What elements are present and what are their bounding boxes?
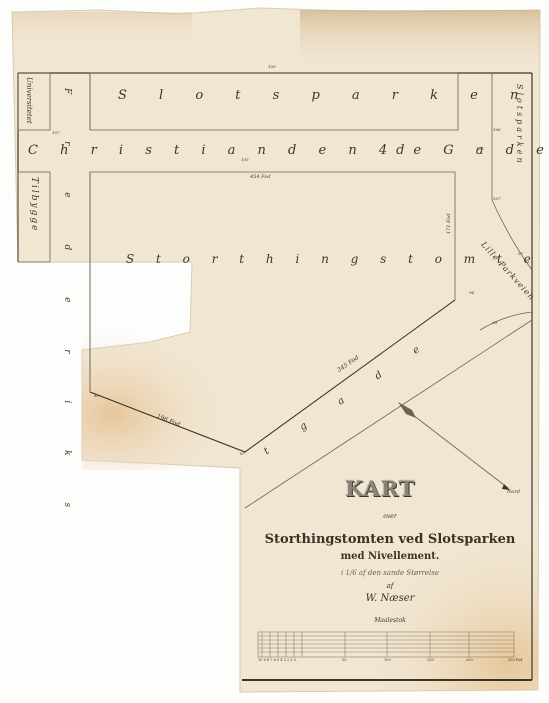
label-christian-den-4de-gade: C h r i s t i a n d e n 4de G a d e [28,143,549,158]
measurement-top-edge: 454 Fod [250,174,271,180]
elevation-mark: 85 [94,393,99,398]
label-slotsparken: S l o t s p a r k e n [118,88,532,103]
elevation-mark: 107 [493,196,501,201]
elevation-mark: 107 [52,130,60,135]
scale-tick: 200 [466,658,473,662]
elevation-mark: 105 [476,146,484,151]
elevation-mark: 106 [493,127,501,132]
label-north: Nord [507,489,520,495]
label-tilbygge: Tilbygge [29,177,39,232]
elevation-mark: 87 [240,451,245,456]
title-author: W. Næser [240,593,540,604]
elevation-mark: 100 [268,64,276,69]
elevation-mark: 97 [518,251,523,256]
elevation-mark: 94 [469,290,474,295]
scale-tick: 10 9 8 7 6 5 4 3 2 1 0 [258,658,296,662]
label-frederiksgade: F r e d e r i k s [62,88,72,529]
scale-bar-label: Maalestok [240,617,540,624]
title-af: af [240,582,540,590]
scale-tick: 100 [384,658,391,662]
title-main: Storthingstomten ved Slotsparken [240,532,540,547]
scale-tick: 50 [342,658,346,662]
title-kart: KART [345,476,415,501]
title-over: over [240,513,540,520]
measurement-right-edge: 171 Fod [446,213,452,234]
label-universitetet: Universitetet [25,77,33,124]
title-scale-note: i 1/6 af den sande Størrelse [240,569,540,577]
map-canvas: S l o t s p a r k e n C h r i s t i a n … [0,0,549,703]
label-slotsparken-vertical: Slotsparken [515,84,524,166]
title-subtitle: med Nivellement. [240,551,540,562]
scale-tick: 150 [427,658,434,662]
elevation-mark: 98 [492,320,497,325]
label-storthingstomten: S t o r t h i n g s t o m t e n [126,252,549,266]
elevation-mark: 105 [241,157,249,162]
scale-tick: 250 Fod [508,658,522,662]
